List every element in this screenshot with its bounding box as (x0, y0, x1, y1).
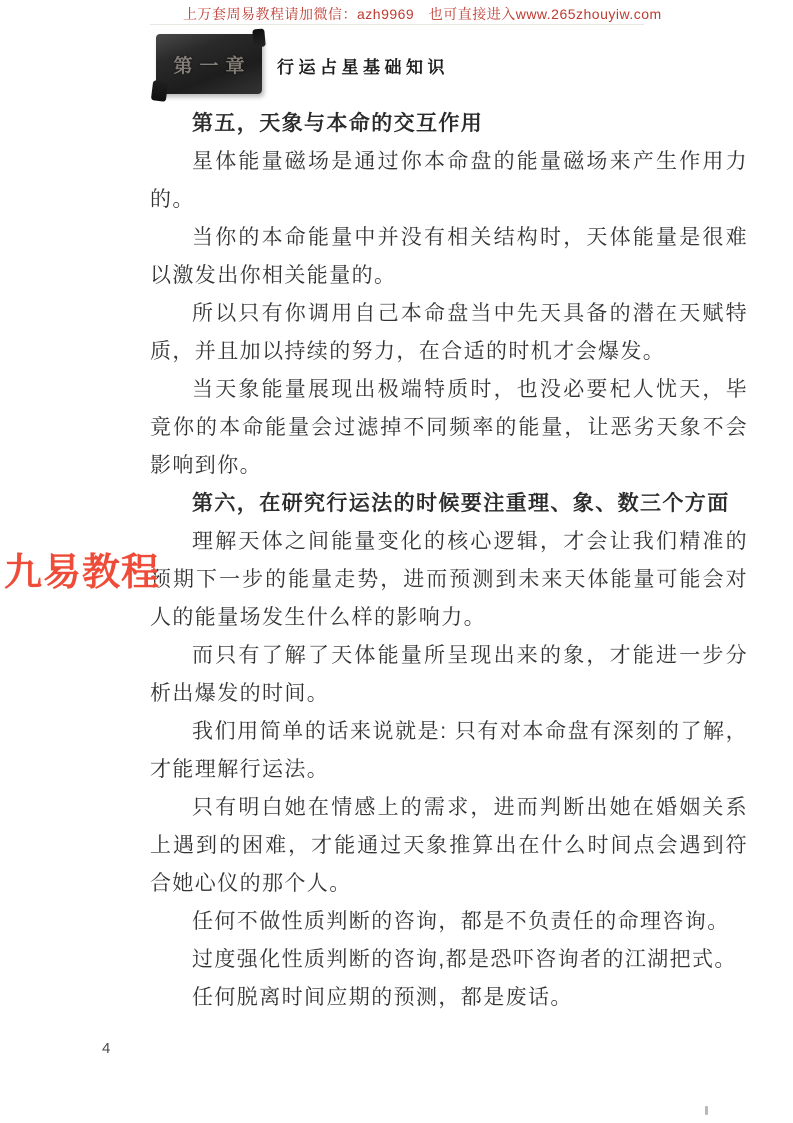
paragraph: 星体能量磁场是通过你本命盘的能量磁场来产生作用力的。 (150, 143, 748, 219)
chapter-banner-label: 第一章 (156, 34, 262, 94)
paragraph: 只有明白她在情感上的需求，进而判断出她在婚姻关系上遇到的困难，才能通过天象推算出… (150, 789, 748, 903)
paragraph: 理解天体之间能量变化的核心逻辑，才会让我们精准的预期下一步的能量走势，进而预测到… (150, 523, 748, 637)
paragraph: 任何脱离时间应期的预测，都是废话。 (150, 979, 748, 1017)
paragraph: 而只有了解了天体能量所呈现出来的象，才能进一步分析出爆发的时间。 (150, 637, 748, 713)
promo-header-text: 上万套周易教程请加微信：azh9969 也可直接进入www.265zhouyiw… (183, 5, 662, 23)
section-heading-5: 第五，天象与本命的交互作用 (150, 105, 748, 143)
promo-underline (150, 24, 644, 25)
paragraph: 当天象能量展现出极端特质时，也没必要杞人忧天，毕竟你的本命能量会过滤掉不同频率的… (150, 371, 748, 485)
paragraph: 我们用简单的话来说就是: 只有对本命盘有深刻的了解，才能理解行运法。 (150, 713, 748, 789)
paragraph: 过度强化性质判断的咨询,都是恐吓咨询者的江湖把式。 (150, 941, 748, 979)
paragraph: 所以只有你调用自己本命盘当中先天具备的潜在天赋特质，并且加以持续的努力，在合适的… (150, 295, 748, 371)
chapter-title: 行运占星基础知识 (277, 53, 449, 78)
paragraph: 当你的本命能量中并没有相关结构时，天体能量是很难以激发出你相关能量的。 (150, 219, 748, 295)
body-text-column: 第五，天象与本命的交互作用 星体能量磁场是通过你本命盘的能量磁场来产生作用力的。… (150, 105, 748, 1017)
document-page: 上万套周易教程请加微信：azh9969 也可直接进入www.265zhouyiw… (0, 0, 793, 1123)
section-heading-6: 第六，在研究行运法的时候要注重理、象、数三个方面 (150, 485, 748, 523)
scan-artifact-speck (705, 1106, 708, 1115)
site-watermark: 九易教程 (4, 541, 160, 596)
paragraph: 任何不做性质判断的咨询，都是不负责任的命理咨询。 (150, 903, 748, 941)
page-number: 4 (102, 1040, 110, 1057)
chapter-banner-scroll: 第一章 (156, 34, 262, 94)
